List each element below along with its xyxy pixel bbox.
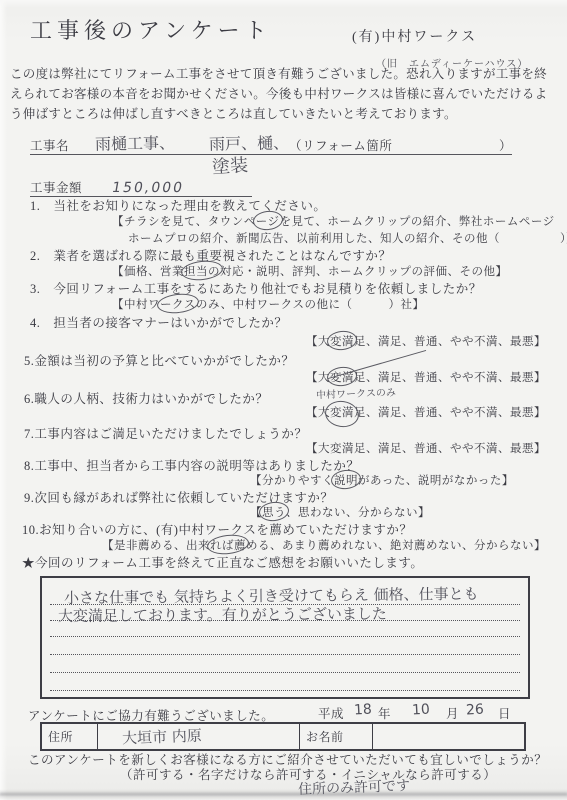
question-1: 1. 当社をお知りになった理由を教えてください。 (30, 196, 326, 214)
question-10-options: 【是非薦める、出来れば薦める、あまり薦めれない、絶対薦めない、分からない】 (102, 537, 546, 553)
q6-options-circled: 変満 (330, 407, 354, 419)
q6-options-pre: 【大 (306, 407, 330, 419)
name-value-cell (372, 724, 520, 749)
date-era-label: 平成 (318, 704, 344, 722)
answer-circle-q1: ージ (256, 213, 280, 229)
question-8-options: 【分かりやすく説明があった、説明がなかった】 (250, 472, 514, 488)
name-label: お名前 (299, 724, 372, 749)
comment-dotted-line (50, 636, 520, 637)
address-value-cell: 大垣市 内原 (97, 724, 299, 749)
q5-options-pre: 【大 (306, 372, 330, 384)
q6-options-post: 足、満足、普通、やや不満、最悪】 (354, 407, 546, 419)
question-2: 2. 業者を選ばれる際に最も重要視されたことはなんですか？ (30, 246, 391, 264)
question-1-options-line2: ホームプロの紹介、新聞広告、以前利用した、知人の紹介、その他（ ）】 (128, 230, 567, 246)
survey-document: 工事後のアンケート (有)中村ワークス （旧 エムディーケーハウス） この度は弊… (0, 0, 567, 800)
project-name-label: 工事名 (30, 136, 69, 154)
question-6: 6.職人の人柄、技術力はいかがでしたか？ (24, 389, 268, 407)
q8-options-pre: 【分かりやすく (250, 475, 334, 487)
date-year-handwritten: 18 (354, 702, 373, 719)
question-4-options: 【大変満足、満足、普通、やや不満、最悪】 (306, 333, 546, 349)
q10-options-post: める、あまり薦めれない、絶対薦めない、分からない】 (246, 540, 546, 552)
q2-options-post: 対応・説明、評判、ホームクリップの評価、その他】 (220, 266, 508, 278)
address-value-handwritten: 大垣市 内原 (122, 725, 202, 749)
answer-circle-q10: れば薦 (210, 537, 246, 553)
free-comment-prompt: ★今回のリフォーム工事を終えて正直なご感想をお願いいたします。 (22, 553, 423, 571)
question-3: 3. 今回リフォーム工事をするにあたり他社でもお見積りを依頼しましたか？ (30, 279, 482, 297)
q2-options-circled: 担当の (184, 266, 220, 278)
q1-options-post: を見て、ホームクリップの紹介、弊社ホームページ (280, 216, 555, 228)
question-10: 10.お知り合いの方に、(有)中村ワークスを薦めていただけますか？ (22, 520, 412, 538)
q9-options-pre: 【 (250, 507, 262, 519)
q5-note-handwritten: 中村ワークスのみ (316, 384, 396, 402)
q4-options-post: 足、満足、普通、やや不満、最悪】 (354, 336, 546, 348)
q2-options-pre: 【価格、営業 (112, 266, 184, 278)
comment-box: 小さな仕事でも 気持ちよく引き受けてもらえ 価格、仕事とも 大変満足しております… (40, 576, 530, 699)
question-7: 7.工事内容はご満足いただけましたでしょうか？ (24, 424, 307, 442)
project-name-handwritten-1: 雨樋工事、 (95, 130, 175, 154)
answer-circle-q4: 変満 (330, 333, 354, 349)
q3-options-circled: ークス (160, 299, 196, 311)
date-day-label: 日 (498, 704, 511, 722)
project-amount-label: 工事金額 (30, 178, 82, 196)
question-1-options-line1: 【チラシを見て、タウンページを見て、ホームクリップの紹介、弊社ホームページ (112, 213, 555, 229)
reform-location-close: ） (499, 136, 512, 154)
q3-options-pre: 【中村ワ (112, 299, 160, 311)
company-name: (有)中村ワークス (352, 26, 477, 46)
question-2-options: 【価格、営業担当の対応・説明、評判、ホームクリップの評価、その他】 (112, 263, 508, 279)
question-5-options: 【大変満足、満足、普通、やや不満、最悪】 (306, 369, 546, 385)
project-amount-handwritten: 150,000 (111, 180, 186, 196)
date-month-label: 月 (446, 704, 459, 722)
q8-options-post: があった、説明がなかった】 (358, 475, 514, 487)
date-month-handwritten: 10 (412, 702, 431, 719)
contact-table: 住所 大垣市 内原 お名前 (40, 722, 526, 751)
scan-edge-bottom (0, 789, 567, 800)
answer-circle-q9: 思う (262, 504, 286, 520)
comment-dotted-line (50, 654, 520, 655)
comment-dotted-line (50, 672, 520, 673)
answer-circle-q3: ークス (160, 296, 196, 312)
project-amount-row: 工事金額 150,000 (30, 174, 252, 197)
project-name-row: 工事名 雨樋工事、 雨戸、樋、 （リフォーム箇所 ） (30, 132, 512, 155)
q1-options-pre: 【チラシを見て、タウンペ (112, 216, 256, 228)
question-5: 5.金額は当初の予算と比べていかがでしたか？ (24, 351, 294, 369)
q5-options-post: 足、満足、普通、やや不満、最悪】 (354, 372, 546, 384)
q4-options-pre: 【大 (306, 336, 330, 348)
scan-edge-left (0, 0, 7, 800)
intro-paragraph: この度は弊社にてリフォーム工事をさせて頂き有難うございました。恐れ入りますが工事… (10, 64, 559, 124)
q9-options-post: 、思わない、分からない】 (286, 507, 430, 519)
question-4: 4. 担当者の接客マナーはいかがでしたか？ (30, 313, 287, 331)
answer-circle-q6: 変満 (330, 404, 354, 420)
question-7-options: 【大変満足、満足、普通、やや不満、最悪】 (306, 440, 546, 456)
q10-options-pre: 【是非薦める、出来 (102, 540, 210, 552)
q3-options-post: のみ、中村ワークスの他に（ ）社】 (196, 299, 425, 311)
reform-location-label: （リフォーム箇所 (289, 136, 392, 154)
q9-options-circled: 思う (262, 507, 286, 519)
answer-circle-q8: 説明 (334, 472, 358, 488)
question-3-options: 【中村ワークスのみ、中村ワークスの他に（ ）社】 (112, 296, 424, 312)
q1-options-circled: ージ (256, 216, 280, 228)
address-label: 住所 (42, 724, 97, 749)
date-day-handwritten: 26 (466, 702, 485, 719)
scan-edge-top (0, 0, 567, 8)
date-year-label: 年 (378, 704, 391, 722)
comment-line2-handwritten: 大変満足しております。有りがとうございました (58, 603, 387, 626)
q10-options-circled: れば薦 (210, 540, 246, 552)
project-name-handwritten-2: 雨戸、樋、 (209, 130, 289, 154)
answer-circle-q2: 担当の (184, 263, 220, 279)
q8-options-circled: 説明 (334, 475, 358, 487)
page-title: 工事後のアンケート (30, 14, 272, 45)
q4-options-circled: 変満 (330, 336, 354, 348)
comment-dotted-line (50, 690, 520, 691)
question-6-options: 【大変満足、満足、普通、やや不満、最悪】 (306, 404, 546, 420)
question-9-options: 【思う、思わない、分からない】 (250, 504, 430, 520)
